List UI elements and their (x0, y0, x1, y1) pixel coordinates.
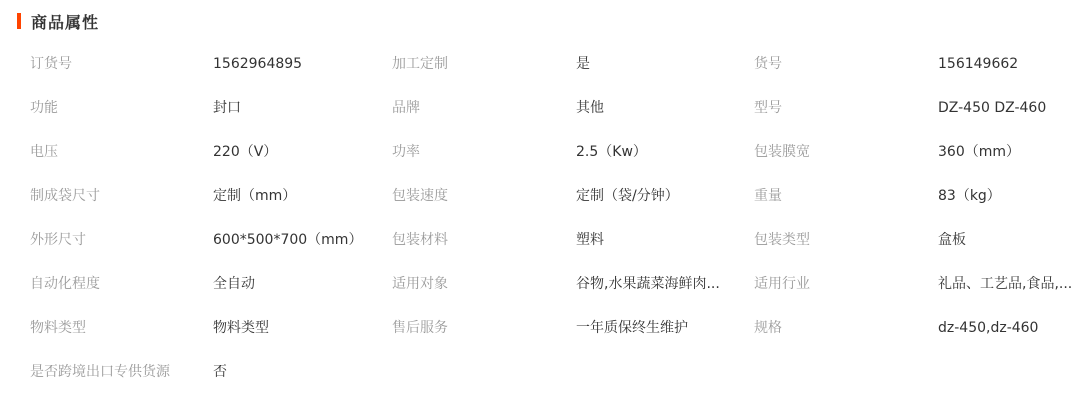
attribute-row: 自动化程度 全自动 适用对象 谷物,水果蔬菜海鲜肉... 适用行业 礼品、工艺品… (0, 262, 1077, 306)
attribute-label: 重量 (754, 174, 782, 218)
attribute-label: 制成袋尺寸 (30, 174, 100, 218)
attribute-label: 包装膜宽 (754, 130, 810, 174)
attribute-value: 封口 (213, 86, 241, 130)
attribute-value: 谷物,水果蔬菜海鲜肉... (576, 262, 720, 306)
attribute-label: 外形尺寸 (30, 218, 86, 262)
attribute-label: 订货号 (30, 42, 72, 86)
attribute-row: 电压 220（V） 功率 2.5（Kw） 包装膜宽 360（mm） (0, 130, 1077, 174)
attribute-value: 物料类型 (213, 306, 269, 350)
attribute-row: 订货号 1562964895 加工定制 是 货号 156149662 (0, 42, 1077, 86)
attribute-label: 物料类型 (30, 306, 86, 350)
attribute-value: 2.5（Kw） (576, 130, 647, 174)
attribute-label: 品牌 (392, 86, 420, 130)
section-title: 商品属性 (31, 10, 99, 33)
attribute-value: 一年质保终生维护 (576, 306, 688, 350)
attribute-value: 是 (576, 42, 590, 86)
attribute-label: 规格 (754, 306, 782, 350)
attribute-value: 1562964895 (213, 42, 302, 86)
attribute-value: 其他 (576, 86, 604, 130)
attribute-row: 功能 封口 品牌 其他 型号 DZ-450 DZ-460 (0, 86, 1077, 130)
attribute-value: 83（kg） (938, 174, 1001, 218)
attribute-value: 定制（mm） (213, 174, 296, 218)
attribute-value: 600*500*700（mm） (213, 218, 362, 262)
attribute-label: 功率 (392, 130, 420, 174)
attribute-row: 外形尺寸 600*500*700（mm） 包装材料 塑料 包装类型 盒板 (0, 218, 1077, 262)
attribute-value: 360（mm） (938, 130, 1020, 174)
attribute-row: 物料类型 物料类型 售后服务 一年质保终生维护 规格 dz-450,dz-460 (0, 306, 1077, 350)
product-attributes-section: 商品属性 订货号 1562964895 加工定制 是 货号 156149662 … (0, 0, 1077, 396)
attribute-label: 售后服务 (392, 306, 448, 350)
section-header: 商品属性 (17, 9, 99, 33)
attribute-label: 是否跨境出口专供货源 (30, 350, 170, 394)
attribute-value: 220（V） (213, 130, 277, 174)
attribute-value: dz-450,dz-460 (938, 306, 1038, 350)
attribute-value: DZ-450 DZ-460 (938, 86, 1046, 130)
attribute-grid: 订货号 1562964895 加工定制 是 货号 156149662 功能 封口… (0, 42, 1077, 394)
attribute-value: 否 (213, 350, 227, 394)
attribute-row: 制成袋尺寸 定制（mm） 包装速度 定制（袋/分钟） 重量 83（kg） (0, 174, 1077, 218)
attribute-value: 全自动 (213, 262, 255, 306)
attribute-label: 包装速度 (392, 174, 448, 218)
accent-bar (17, 13, 21, 29)
attribute-value: 盒板 (938, 218, 966, 262)
attribute-value: 礼品、工艺品,食品,... (938, 262, 1072, 306)
attribute-label: 包装类型 (754, 218, 810, 262)
attribute-label: 功能 (30, 86, 58, 130)
attribute-label: 适用行业 (754, 262, 810, 306)
attribute-label: 适用对象 (392, 262, 448, 306)
attribute-label: 自动化程度 (30, 262, 100, 306)
attribute-label: 型号 (754, 86, 782, 130)
attribute-label: 加工定制 (392, 42, 448, 86)
attribute-label: 货号 (754, 42, 782, 86)
attribute-value: 定制（袋/分钟） (576, 174, 679, 218)
attribute-value: 塑料 (576, 218, 604, 262)
attribute-value: 156149662 (938, 42, 1018, 86)
attribute-row: 是否跨境出口专供货源 否 (0, 350, 1077, 394)
attribute-label: 包装材料 (392, 218, 448, 262)
attribute-label: 电压 (30, 130, 58, 174)
